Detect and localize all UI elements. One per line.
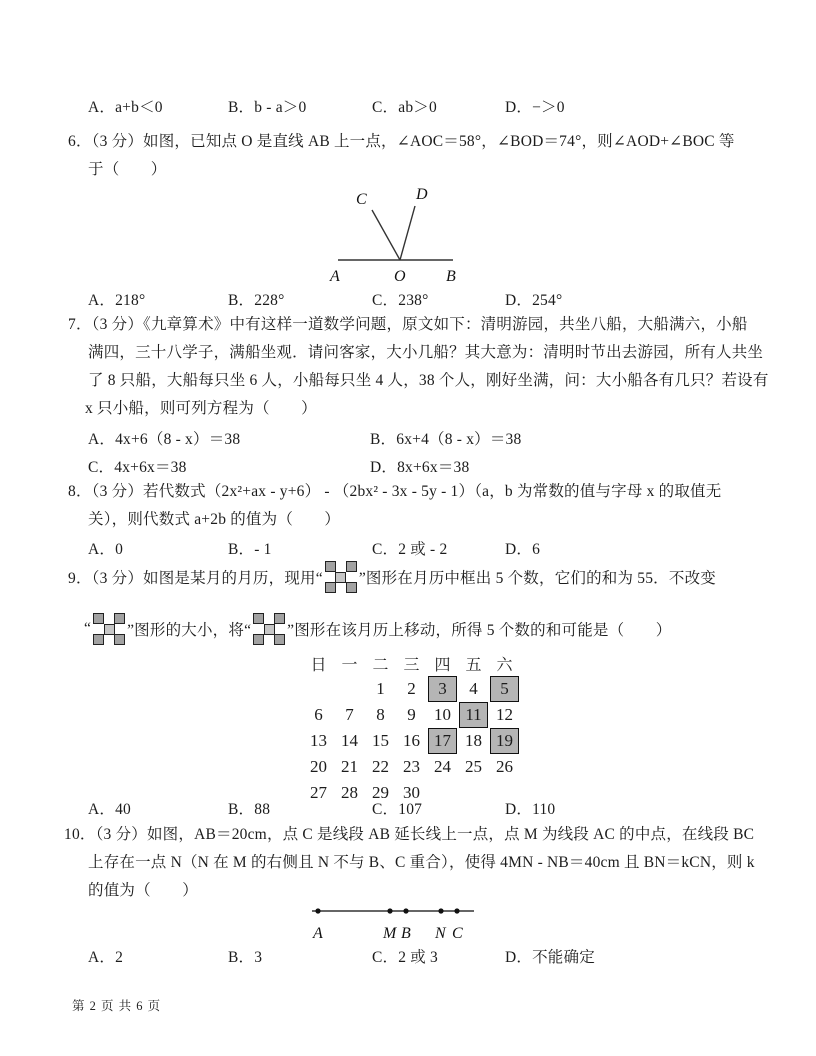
q9-stem-text: ”图形在月历中框出 5 个数，它们的和为 55．不改变	[359, 566, 716, 588]
calendar-header-cell: 一	[334, 650, 365, 676]
q9-option-c: C．107	[372, 797, 422, 819]
q9-stem-text: 9．（3 分）如图是某月的月历，现用“	[68, 566, 323, 588]
calendar-day-cell: 21	[334, 754, 365, 780]
calendar-day-cell: 26	[489, 754, 520, 780]
q7-option-c: C．4x+6x＝38	[88, 455, 187, 477]
figure-label-b: B	[446, 268, 456, 285]
q9-option-b: B．88	[228, 797, 270, 819]
calendar: 日一二三四五六123456789101112131415161718192021…	[303, 650, 520, 806]
figure-label-d: D	[415, 186, 428, 203]
q10-stem-line-1: 10．（3 分）如图，AB＝20cm，点 C 是线段 AB 延长线上一点，点 M…	[64, 824, 754, 846]
q9-stem-line-1: 9．（3 分）如图是某月的月历，现用“ ”图形在月历中框出 5 个数，它们的和为…	[68, 556, 716, 598]
q5-option-c: C．ab＞0	[372, 95, 437, 117]
calendar-day-cell: 13	[303, 728, 334, 754]
calendar-day-cell: 22	[365, 754, 396, 780]
q8-stem-line-2: 关），则代数式 a+2b 的值为（ ）	[88, 509, 340, 531]
q5-options-row: A．a+b＜0 B．b - a＞0 C．ab＞0 D．−＞0	[0, 95, 816, 119]
q9-options-row: A．40 B．88 C．107 D．110	[0, 797, 816, 821]
calendar-day-cell: 10	[427, 702, 458, 728]
q5-option-b: B．b - a＞0	[228, 95, 306, 117]
quincunx-icon	[325, 561, 357, 593]
calendar-day-cell: 7	[334, 702, 365, 728]
q10-option-b: B．3	[228, 945, 262, 967]
q6-option-d: D．254°	[505, 288, 562, 310]
q6-options-row: A．218° B．228° C．238° D．254°	[0, 288, 816, 312]
q6-option-c: C．238°	[372, 288, 429, 310]
calendar-day-cell: 14	[334, 728, 365, 754]
figure-label-b: B	[401, 925, 411, 942]
calendar-day-cell: 1	[365, 676, 396, 702]
q6-option-a: A．218°	[88, 288, 145, 310]
calendar-day-cell: 4	[458, 676, 489, 702]
q9-stem-text: “	[84, 620, 91, 638]
calendar-day-cell: 19	[490, 728, 519, 754]
calendar-day-cell: 16	[396, 728, 427, 754]
calendar-day-cell: 15	[365, 728, 396, 754]
q10-option-c: C．2 或 3	[372, 945, 438, 967]
q7-options-row-2: C．4x+6x＝38 D．8x+6x＝38	[0, 455, 816, 479]
calendar-day-cell: 20	[303, 754, 334, 780]
quincunx-icon	[93, 613, 125, 645]
q10-stem-line-2: 上存在一点 N（N 在 M 的右侧且 N 不与 B、C 重合），使得 4MN -…	[88, 852, 755, 874]
calendar-day-cell: 11	[459, 702, 488, 728]
calendar-day-cell: 2	[396, 676, 427, 702]
q9-stem-text: ”图形的大小，将“	[127, 618, 251, 640]
q6-stem-line-1: 6．（3 分）如图，已知点 O 是直线 AB 上一点，∠AOC＝58°，∠BOD…	[68, 131, 735, 153]
q10-option-a: A．2	[88, 945, 123, 967]
quincunx-icon	[253, 613, 285, 645]
q9-stem-text: ”图形在该月历上移动，所得 5 个数的和可能是（ ）	[287, 618, 671, 640]
q9-stem-line-2: “ ”图形的大小，将“ ”图形在该月历上移动，所得 5 个数的和可能是（ ）	[84, 608, 671, 650]
calendar-empty-cell	[334, 676, 365, 702]
q7-option-a: A．4x+6（8 - x）＝38	[88, 427, 240, 449]
figure-label-m: M	[382, 925, 398, 942]
q10-stem-line-3: 的值为（ ）	[88, 880, 198, 902]
q7-stem-line-1: 7．（3 分）《九章算术》中有这样一道数学问题，原文如下：清明游园，共坐八船，大…	[68, 314, 748, 336]
figure-label-a: A	[312, 925, 323, 942]
calendar-day-cell: 6	[303, 702, 334, 728]
calendar-header-cell: 三	[396, 650, 427, 676]
q5-option-d: D．−＞0	[505, 95, 565, 117]
q10-segment-figure: A M B N C	[308, 898, 488, 943]
calendar-header-cell: 五	[458, 650, 489, 676]
calendar-day-cell: 3	[428, 676, 457, 702]
q9-option-d: D．110	[505, 797, 555, 819]
calendar-day-cell: 9	[396, 702, 427, 728]
q5-option-a: A．a+b＜0	[88, 95, 163, 117]
q7-option-d: D．8x+6x＝38	[370, 455, 469, 477]
calendar-header-cell: 日	[303, 650, 334, 676]
q7-options-row-1: A．4x+6（8 - x）＝38 B．6x+4（8 - x）＝38	[0, 427, 816, 451]
figure-label-c: C	[452, 925, 463, 942]
q10-options-row: A．2 B．3 C．2 或 3 D．不能确定	[0, 945, 816, 969]
q6-angle-figure: C D A O B	[300, 180, 500, 290]
q7-stem-line-4: x 只小船，则可列方程为（ ）	[85, 398, 317, 420]
q9-option-a: A．40	[88, 797, 131, 819]
figure-label-n: N	[434, 925, 447, 942]
calendar-day-cell: 17	[428, 728, 457, 754]
q6-option-b: B．228°	[228, 288, 285, 310]
calendar-day-cell: 12	[489, 702, 520, 728]
exam-page: A．a+b＜0 B．b - a＞0 C．ab＞0 D．−＞0 6．（3 分）如图…	[0, 0, 816, 1056]
calendar-empty-cell	[303, 676, 334, 702]
q7-option-b: B．6x+4（8 - x）＝38	[370, 427, 521, 449]
q7-stem-line-3: 了 8 只船，大船每只坐 6 人，小船每只坐 4 人，38 个人，刚好坐满，问：…	[88, 370, 769, 392]
calendar-day-cell: 24	[427, 754, 458, 780]
figure-label-a: A	[329, 268, 340, 285]
figure-label-o: O	[394, 268, 406, 285]
page-footer: 第 2 页 共 6 页	[72, 996, 161, 1014]
q7-stem-line-2: 满四，三十八学子，满船坐观．请问客家，大小几船？其大意为：清明时节出去游园，所有…	[88, 342, 763, 364]
q10-option-d: D．不能确定	[505, 945, 595, 967]
q6-stem-line-2: 于（ ）	[88, 159, 167, 181]
calendar-day-cell: 23	[396, 754, 427, 780]
calendar-day-cell: 18	[458, 728, 489, 754]
calendar-day-cell: 25	[458, 754, 489, 780]
calendar-day-cell: 5	[490, 676, 519, 702]
calendar-day-cell: 8	[365, 702, 396, 728]
q8-stem-line-1: 8．（3 分）若代数式（2x²+ax - y+6） - （2bx² - 3x -…	[68, 481, 721, 503]
calendar-header-cell: 六	[489, 650, 520, 676]
figure-label-c: C	[356, 191, 367, 208]
calendar-header-cell: 四	[427, 650, 458, 676]
calendar-header-cell: 二	[365, 650, 396, 676]
